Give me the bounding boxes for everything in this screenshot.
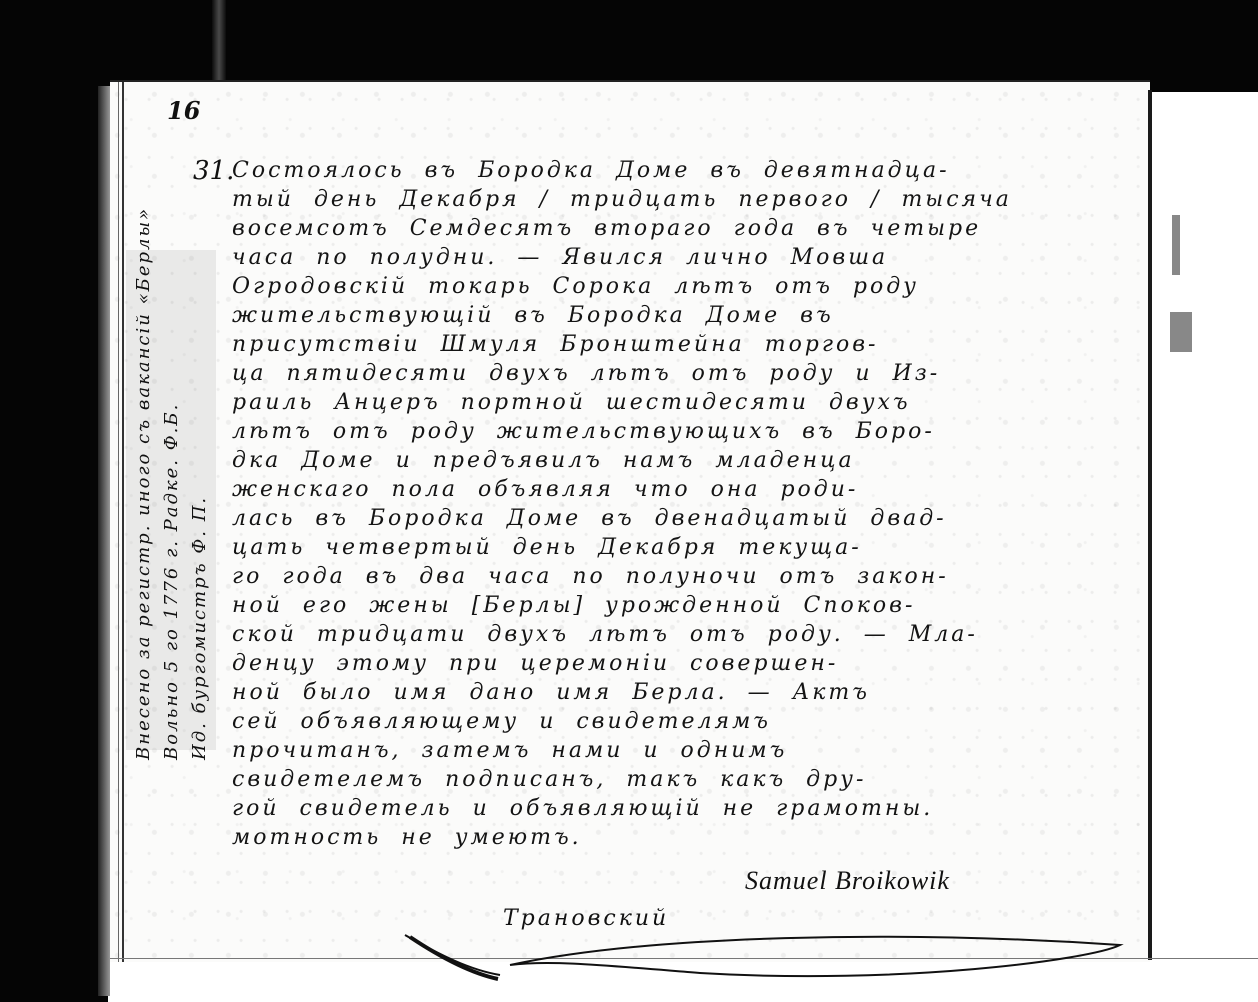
text-line: цать четвертый день Декабря текуща- [232,533,1132,562]
text-line: гой свидетель и объявляющій не грамотны. [232,794,1132,823]
text-line: ной его жены [Берлы] урожденной Споков- [232,591,1132,620]
text-line: часа по полудни. — Явился лично Мовша [232,243,1132,272]
text-line: мотность не умеютъ. [232,823,1132,852]
right-margin-rule [1148,90,1152,960]
scanner-background-top-right [1110,0,1258,92]
entry-number: 31. [193,156,234,186]
entry-body-text: Состоялось въ Бородка Доме въ девятнадца… [232,156,1132,852]
scan-streak [212,0,226,80]
text-line: присутствіи Шмуля Бронштейна торгов- [232,330,1132,359]
text-line: Огродовскій токарь Сорока лѣтъ отъ роду [232,272,1132,301]
margin-note-line: Вольно 5 го 1776 г. Радке. Ф.Б. [158,207,186,760]
text-line: лѣтъ отъ роду жительствующихъ въ Боро- [232,417,1132,446]
text-line: денцу этому при церемоніи совершен- [232,649,1132,678]
text-line: ца пятидесяти двухъ лѣтъ отъ роду и Из- [232,359,1132,388]
text-line: ской тридцати двухъ лѣтъ отъ роду. — Мла… [232,620,1132,649]
text-line: ной было имя дано имя Берла. — Актъ [232,678,1132,707]
text-line: Состоялось въ Бородка Доме въ девятнадца… [232,156,1132,185]
margin-note-line: Внесено за регистр. иного съ вакансій «Б… [130,207,158,760]
text-line: раиль Анцеръ портной шестидесяти двухъ [232,388,1132,417]
signature-flourish [400,925,1160,985]
text-line: лась въ Бородка Доме въ двенадцатый двад… [232,504,1132,533]
text-line: жительствующій въ Бородка Доме въ [232,301,1132,330]
scanner-background-left [0,0,108,1002]
scan-artifact [1172,215,1180,275]
page-edge-shadow [98,86,110,996]
text-line: прочитанъ, затемъ нами и однимъ [232,736,1132,765]
left-margin-rule-thin [118,82,119,962]
scanner-background-top [0,0,1258,86]
scan-artifact [1170,312,1192,352]
text-line: сей объявляющему и свидетелямъ [232,707,1132,736]
text-line: женскаго пола объявляя что она роди- [232,475,1132,504]
text-line: го года въ два часа по полуночи отъ зако… [232,562,1132,591]
right-blank-strip [1155,92,1258,1002]
applicant-signature: Samuel Broikowik [745,866,950,896]
margin-note-line: Ид. бургомистръ Ф. П. [186,207,214,760]
page-number: 16 [167,96,200,125]
text-line: дка Доме и предъявилъ намъ младенца [232,446,1132,475]
text-line: восемсотъ Семдесятъ втораго года въ четы… [232,214,1132,243]
text-line: тый день Декабря / тридцать первого / ты… [232,185,1132,214]
text-line: свидетелемъ подписанъ, такъ какъ дру- [232,765,1132,794]
left-margin-rule [122,82,124,962]
